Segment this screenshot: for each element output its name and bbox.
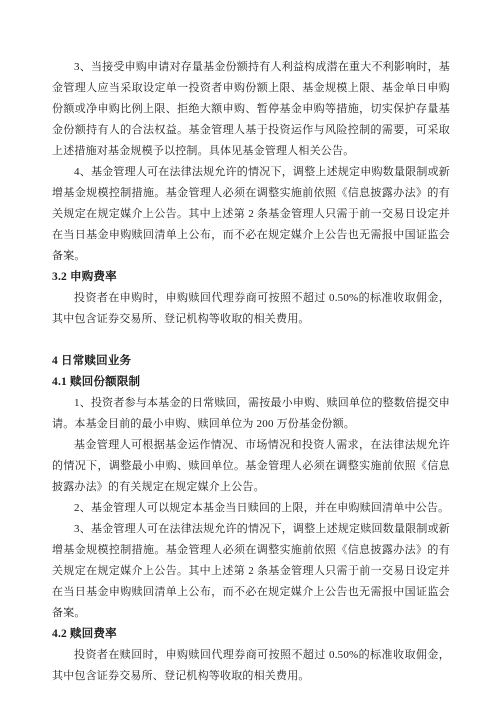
section-heading-4-daily-redemption: 4 日常赎回业务 [52,351,450,372]
paragraph-redemption-item-1: 1、投资者参与本基金的日常赎回，需按最小申购、赎回单位的整数倍提交申请。本基金目… [52,393,450,435]
section-heading-3-2-subscription-fee: 3.2 申购费率 [52,267,450,288]
paragraph-redemption-item-2: 2、基金管理人可以规定本基金当日赎回的上限，并在申购赎回清单中公告。 [52,498,450,519]
section-heading-4-1-redemption-share-limit: 4.1 赎回份额限制 [52,372,450,393]
paragraph-redemption-item-3: 3、基金管理人可在法律法规允许的情况下，调整上述规定赎回数量限制或新增基金规模控… [52,519,450,624]
paragraph-subscription-item-3: 3、当接受申购申请对存量基金份额持有人利益构成潜在重大不利影响时，基金管理人应当… [52,57,450,162]
paragraph-subscription-fee: 投资者在申购时，申购赎回代理券商可按照不超过 0.50%的标准收取佣金，其中包含… [52,288,450,330]
document-page: 3、当接受申购申请对存量基金份额持有人利益构成潜在重大不利影响时，基金管理人应当… [0,0,500,707]
paragraph-subscription-item-4: 4、基金管理人可在法律法规允许的情况下，调整上述规定申购数量限制或新增基金规模控… [52,162,450,267]
section-heading-4-2-redemption-fee: 4.2 赎回费率 [52,624,450,645]
paragraph-redemption-fee: 投资者在赎回时，申购赎回代理券商可按照不超过 0.50%的标准收取佣金，其中包含… [52,645,450,687]
paragraph-redemption-unit-adjust: 基金管理人可根据基金运作情况、市场情况和投资人需求，在法律法规允许的情况下，调整… [52,435,450,498]
